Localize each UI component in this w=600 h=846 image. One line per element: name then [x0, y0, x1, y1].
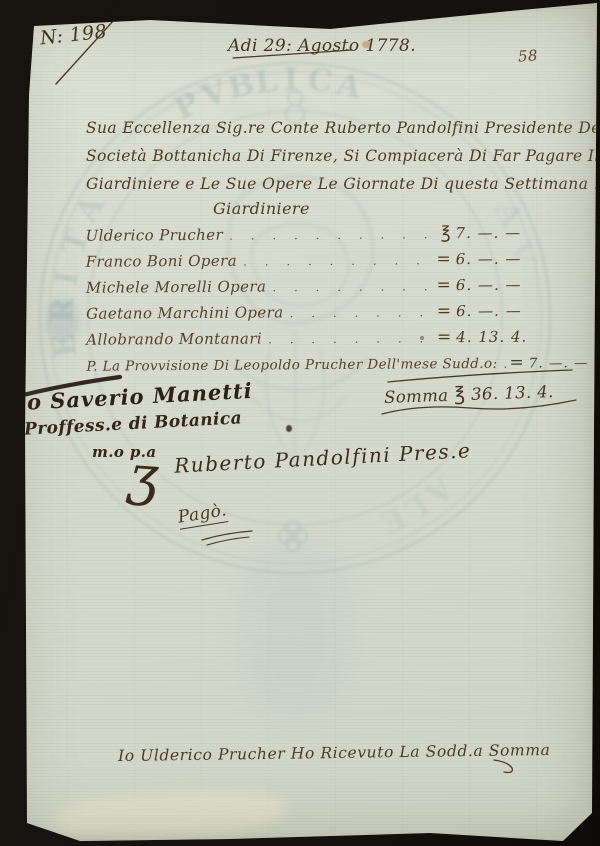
paper-stain	[46, 298, 80, 344]
amount: 6. —. —	[456, 249, 574, 268]
sum-label: Somma	[384, 386, 449, 407]
payee-name: P. La Provvisione Di Leopoldo Prucher De…	[86, 356, 497, 375]
amount: 7. —. —	[455, 223, 573, 242]
list-header: Giardiniere	[213, 199, 310, 218]
sum-amount: 36. 13. 4.	[471, 382, 554, 404]
scanned-document: ERITAPVBLICAAVALE N: 198 Adi 29: Agosto …	[0, 0, 600, 846]
dot-leader: . . . . . . . . . .	[262, 331, 437, 346]
signature-pandolfini: Ruberto Pandolfini Pres.e	[174, 438, 472, 478]
watermark-letter: R	[45, 296, 82, 323]
paper-sheet: ERITAPVBLICAAVALE N: 198 Adi 29: Agosto …	[0, 0, 600, 846]
body-line: Società Bottanicha Di Firenze, Si Compia…	[86, 142, 581, 170]
watermark-letter: V	[196, 73, 231, 115]
watermark-letter: A	[418, 468, 460, 511]
payment-row: Ulderico Prucher . . . . . . . . . . . .…	[85, 222, 573, 251]
currency-symbol: =	[437, 301, 456, 321]
date-line: Adi 29: Agosto 1778.	[228, 36, 416, 56]
payee-name: Allobrando Montanari	[86, 329, 262, 348]
watermark-letter: L	[253, 63, 279, 101]
payee-name: Franco Boni Opera	[86, 252, 237, 271]
payee-name: Ulderico Prucher	[85, 226, 223, 245]
amount: 7. —. —	[529, 355, 589, 371]
payment-row: Franco Boni Opera . . . . . . . . . . . …	[86, 248, 574, 277]
body-line: Giardiniere e Le Sue Opere Le Giornate D…	[86, 170, 581, 198]
currency-symbol: =	[509, 353, 528, 373]
folio-number: 58	[517, 46, 538, 65]
currency-symbol: =	[437, 327, 456, 347]
currency-symbol: ℥	[441, 223, 456, 243]
amount: 6. —. —	[456, 275, 574, 294]
watermark-letter: I	[48, 267, 86, 288]
paper-edge-highlight	[54, 787, 286, 841]
sum-line: Somma ℥ 36. 13. 4.	[384, 380, 554, 408]
signature-paraph: ʒ	[126, 443, 161, 508]
watermark-letter: C	[306, 62, 334, 100]
watermark-letter: A	[333, 66, 365, 106]
payee-name: Gaetano Marchini Opera	[86, 303, 284, 322]
watermark-letter: E	[375, 498, 412, 541]
paper-stain	[238, 542, 353, 717]
payment-row: Michele Morelli Opera . . . . . . . . . …	[86, 274, 574, 303]
payee-name: Michele Morelli Opera	[86, 277, 267, 296]
watermark-letter: B	[225, 66, 259, 107]
dot-leader: . . . . . . . . . . . . . .	[223, 227, 441, 243]
dot-leader: . . . . . . . . . . . .	[237, 253, 436, 268]
watermark-letter: E	[45, 332, 84, 360]
amount: 4. 13. 4.	[456, 327, 574, 346]
body-line: Sua Eccellenza Sig.re Conte Ruberto Pand…	[86, 114, 581, 142]
dot-leader: . .	[497, 357, 509, 371]
dot-leader: . . . . . . . . . .	[284, 305, 437, 320]
payment-list: Ulderico Prucher . . . . . . . . . . . .…	[85, 222, 574, 381]
paid-note: Pagò.	[177, 500, 229, 529]
watermark-letter: L	[398, 485, 436, 527]
amount: 6. —. —	[456, 301, 574, 320]
watermark-letter: I	[283, 62, 298, 98]
currency-symbol: =	[436, 249, 455, 269]
document-number: N: 198	[39, 21, 108, 50]
ink-speck	[286, 425, 292, 432]
payment-row: P. La Provvisione Di Leopoldo Prucher De…	[86, 352, 574, 381]
currency-symbol: =	[437, 275, 456, 295]
currency-symbol: ℥	[454, 383, 466, 405]
dot-leader: . . . . . . . . . . .	[266, 279, 436, 294]
payment-row: Allobrando Montanari . . . . . . . . . .…	[86, 326, 574, 355]
receipt-acknowledgement: Io Ulderico Prucher Ho Ricevuto La Sodd.…	[118, 741, 551, 765]
body-paragraph: Sua Eccellenza Sig.re Conte Ruberto Pand…	[86, 114, 581, 198]
payment-row: Gaetano Marchini Opera . . . . . . . . .…	[86, 300, 574, 329]
